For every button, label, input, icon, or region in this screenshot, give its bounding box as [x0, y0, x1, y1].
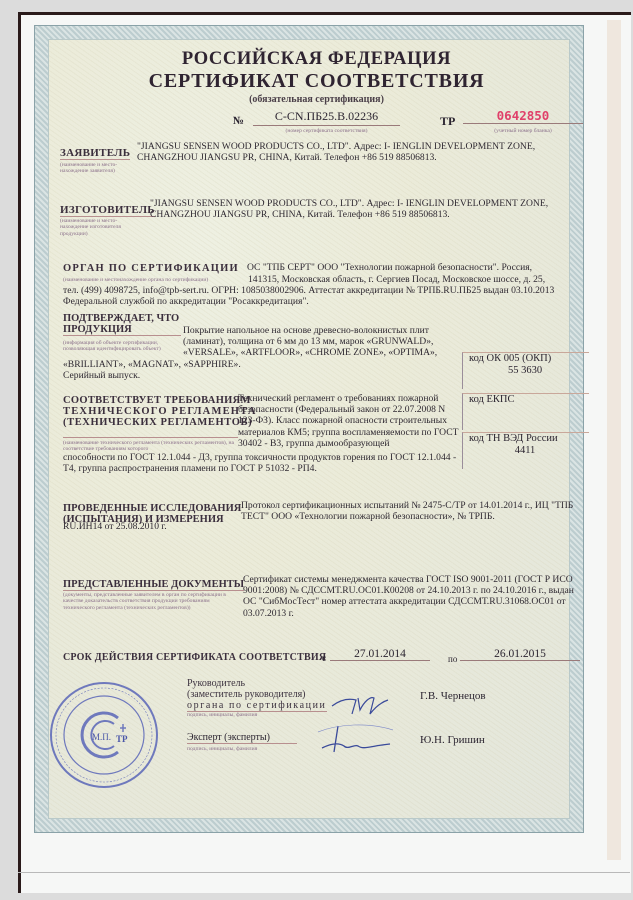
expert-signature-caption: подпись, инициалы, фамилия [187, 746, 257, 752]
ekps-code-box: код ЕКПС [462, 393, 589, 430]
country-heading: РОССИЙСКАЯ ФЕДЕРАЦИЯ [0, 49, 633, 70]
certificate-subtitle: (обязательная сертификация) [0, 94, 633, 105]
validity-to-date: 26.01.2015 [460, 648, 580, 661]
tnved-code-box: код ТН ВЭД России 4411 [462, 432, 589, 469]
product-brands: «BRILLIANT», «MAGNAT», «SAPPHIRE». [63, 359, 463, 370]
tests-label-line1: ПРОВЕДЕННЫЕ ИССЛЕДОВАНИЯ [63, 503, 241, 514]
blank-number: 0642850 [463, 108, 583, 124]
head-signature-icon [330, 688, 390, 718]
validity-from-label: с [322, 653, 326, 663]
manufacturer-caption: (наименование и место-нахождение изготов… [60, 218, 132, 237]
expert-name: Ю.Н. Гришин [420, 734, 485, 746]
product-caption: (информация об объекте сертификации, поз… [63, 340, 183, 353]
applicant-label: ЗАЯВИТЕЛЬ [60, 147, 130, 160]
expert-signature-icon [318, 722, 393, 758]
validity-label: СРОК ДЕЙСТВИЯ СЕРТИФИКАТА СООТВЕТСТВИЯ [63, 652, 326, 663]
compliance-caption: (наименование технического регламента (т… [63, 437, 238, 453]
okp-code-box: код ОК 005 (ОКП) 55 3630 [462, 352, 589, 389]
certificate-number-caption: (номер сертификата соответствия) [253, 128, 400, 134]
certificate-title: СЕРТИФИКАТ СООТВЕТСТВИЯ [0, 70, 633, 93]
official-seal-icon: М.П. TP [48, 680, 160, 790]
head-role-line2: (заместитель руководителя) [187, 689, 327, 700]
certification-body-line2: 141315, Московская область, г. Сергиев П… [248, 274, 588, 285]
compliance-text: Технический регламент о требованиях пожа… [238, 393, 463, 449]
tp-label: ТР [440, 114, 455, 129]
product-text-continued: «BRILLIANT», «MAGNAT», «SAPPHIRE». Серий… [63, 359, 463, 381]
ekps-code-label: код ЕКПС [469, 394, 515, 405]
certification-body-line1: ОС "ТПБ СЕРТ" ООО "Технологии пожарной б… [247, 262, 587, 273]
certification-body-label: ОРГАН ПО СЕРТИФИКАЦИИ [63, 263, 239, 274]
product-text: Покрытие напольное на основе древесно-во… [183, 325, 468, 359]
paper-bottom-edge [18, 872, 630, 873]
compliance-label-line2: ТЕХНИЧЕСКОГО РЕГЛАМЕНТА [63, 406, 257, 417]
product-label-line1: ПОДТВЕРЖДАЕТ, ЧТО [63, 313, 181, 324]
compliance-text-continued: способности по ГОСТ 12.1.044 - Д3, групп… [63, 452, 463, 474]
applicant-caption: (наименование и место-нахождение заявите… [60, 162, 130, 175]
paper-edge [607, 20, 621, 860]
validity-from-date: 27.01.2014 [330, 648, 430, 661]
certificate-number: C-CN.ПБ25.В.02236 [253, 109, 400, 126]
compliance-label-line3: (ТЕХНИЧЕСКИХ РЕГЛАМЕНТОВ) [63, 417, 257, 428]
product-label: ПОДТВЕРЖДАЕТ, ЧТО ПРОДУКЦИЯ [63, 313, 181, 336]
number-sign: № [233, 115, 244, 127]
okp-code-label: код ОК 005 (ОКП) [469, 353, 551, 364]
okp-code-value: 55 3630 [469, 365, 589, 377]
documents-caption: (документы, представленные заявителем в … [63, 592, 235, 611]
compliance-label-line1: СООТВЕТСТВУЕТ ТРЕБОВАНИЯМ [63, 395, 257, 406]
compliance-label: СООТВЕТСТВУЕТ ТРЕБОВАНИЯМ ТЕХНИЧЕСКОГО Р… [63, 395, 257, 429]
head-role: Руководитель (заместитель руководителя) … [187, 678, 327, 711]
certification-body-caption: (наименование и местонахождение органа п… [63, 277, 243, 283]
head-role-line3: органа по сертификации [187, 700, 327, 711]
svg-text:TP: TP [116, 734, 128, 744]
product-serial: Серийный выпуск. [63, 370, 463, 381]
certification-body-line3: тел. (499) 4098725, info@tpb-sert.ru. ОГ… [63, 285, 588, 307]
tnved-code-value: 4411 [469, 445, 589, 457]
documents-text: Сертификат системы менеджмента качества … [243, 574, 588, 619]
applicant-text: "JIANGSU SENSEN WOOD PRODUCTS CO., LTD".… [137, 141, 587, 163]
head-role-line1: Руководитель [187, 678, 327, 689]
head-signature-caption: подпись, инициалы, фамилия [187, 712, 257, 718]
documents-label: ПРЕДСТАВЛЕННЫЕ ДОКУМЕНТЫ [63, 579, 244, 591]
head-name: Г.В. Чернецов [420, 690, 486, 702]
tnved-code-label: код ТН ВЭД России [469, 433, 558, 444]
tests-text-continued: RU.ИН14 от 25.08.2010 г. [63, 521, 167, 532]
expert-role: Эксперт (эксперты) [187, 732, 297, 744]
blank-number-caption: (учетный номер бланка) [463, 128, 583, 134]
manufacturer-text: "JIANGSU SENSEN WOOD PRODUCTS CO., LTD".… [150, 198, 580, 220]
svg-text:М.П.: М.П. [92, 732, 111, 742]
tests-text: Протокол сертификационных испытаний № 24… [241, 500, 586, 522]
manufacturer-label: ИЗГОТОВИТЕЛЬ [60, 204, 155, 217]
product-label-line2: ПРОДУКЦИЯ [63, 324, 181, 336]
validity-to-label: по [448, 654, 457, 664]
